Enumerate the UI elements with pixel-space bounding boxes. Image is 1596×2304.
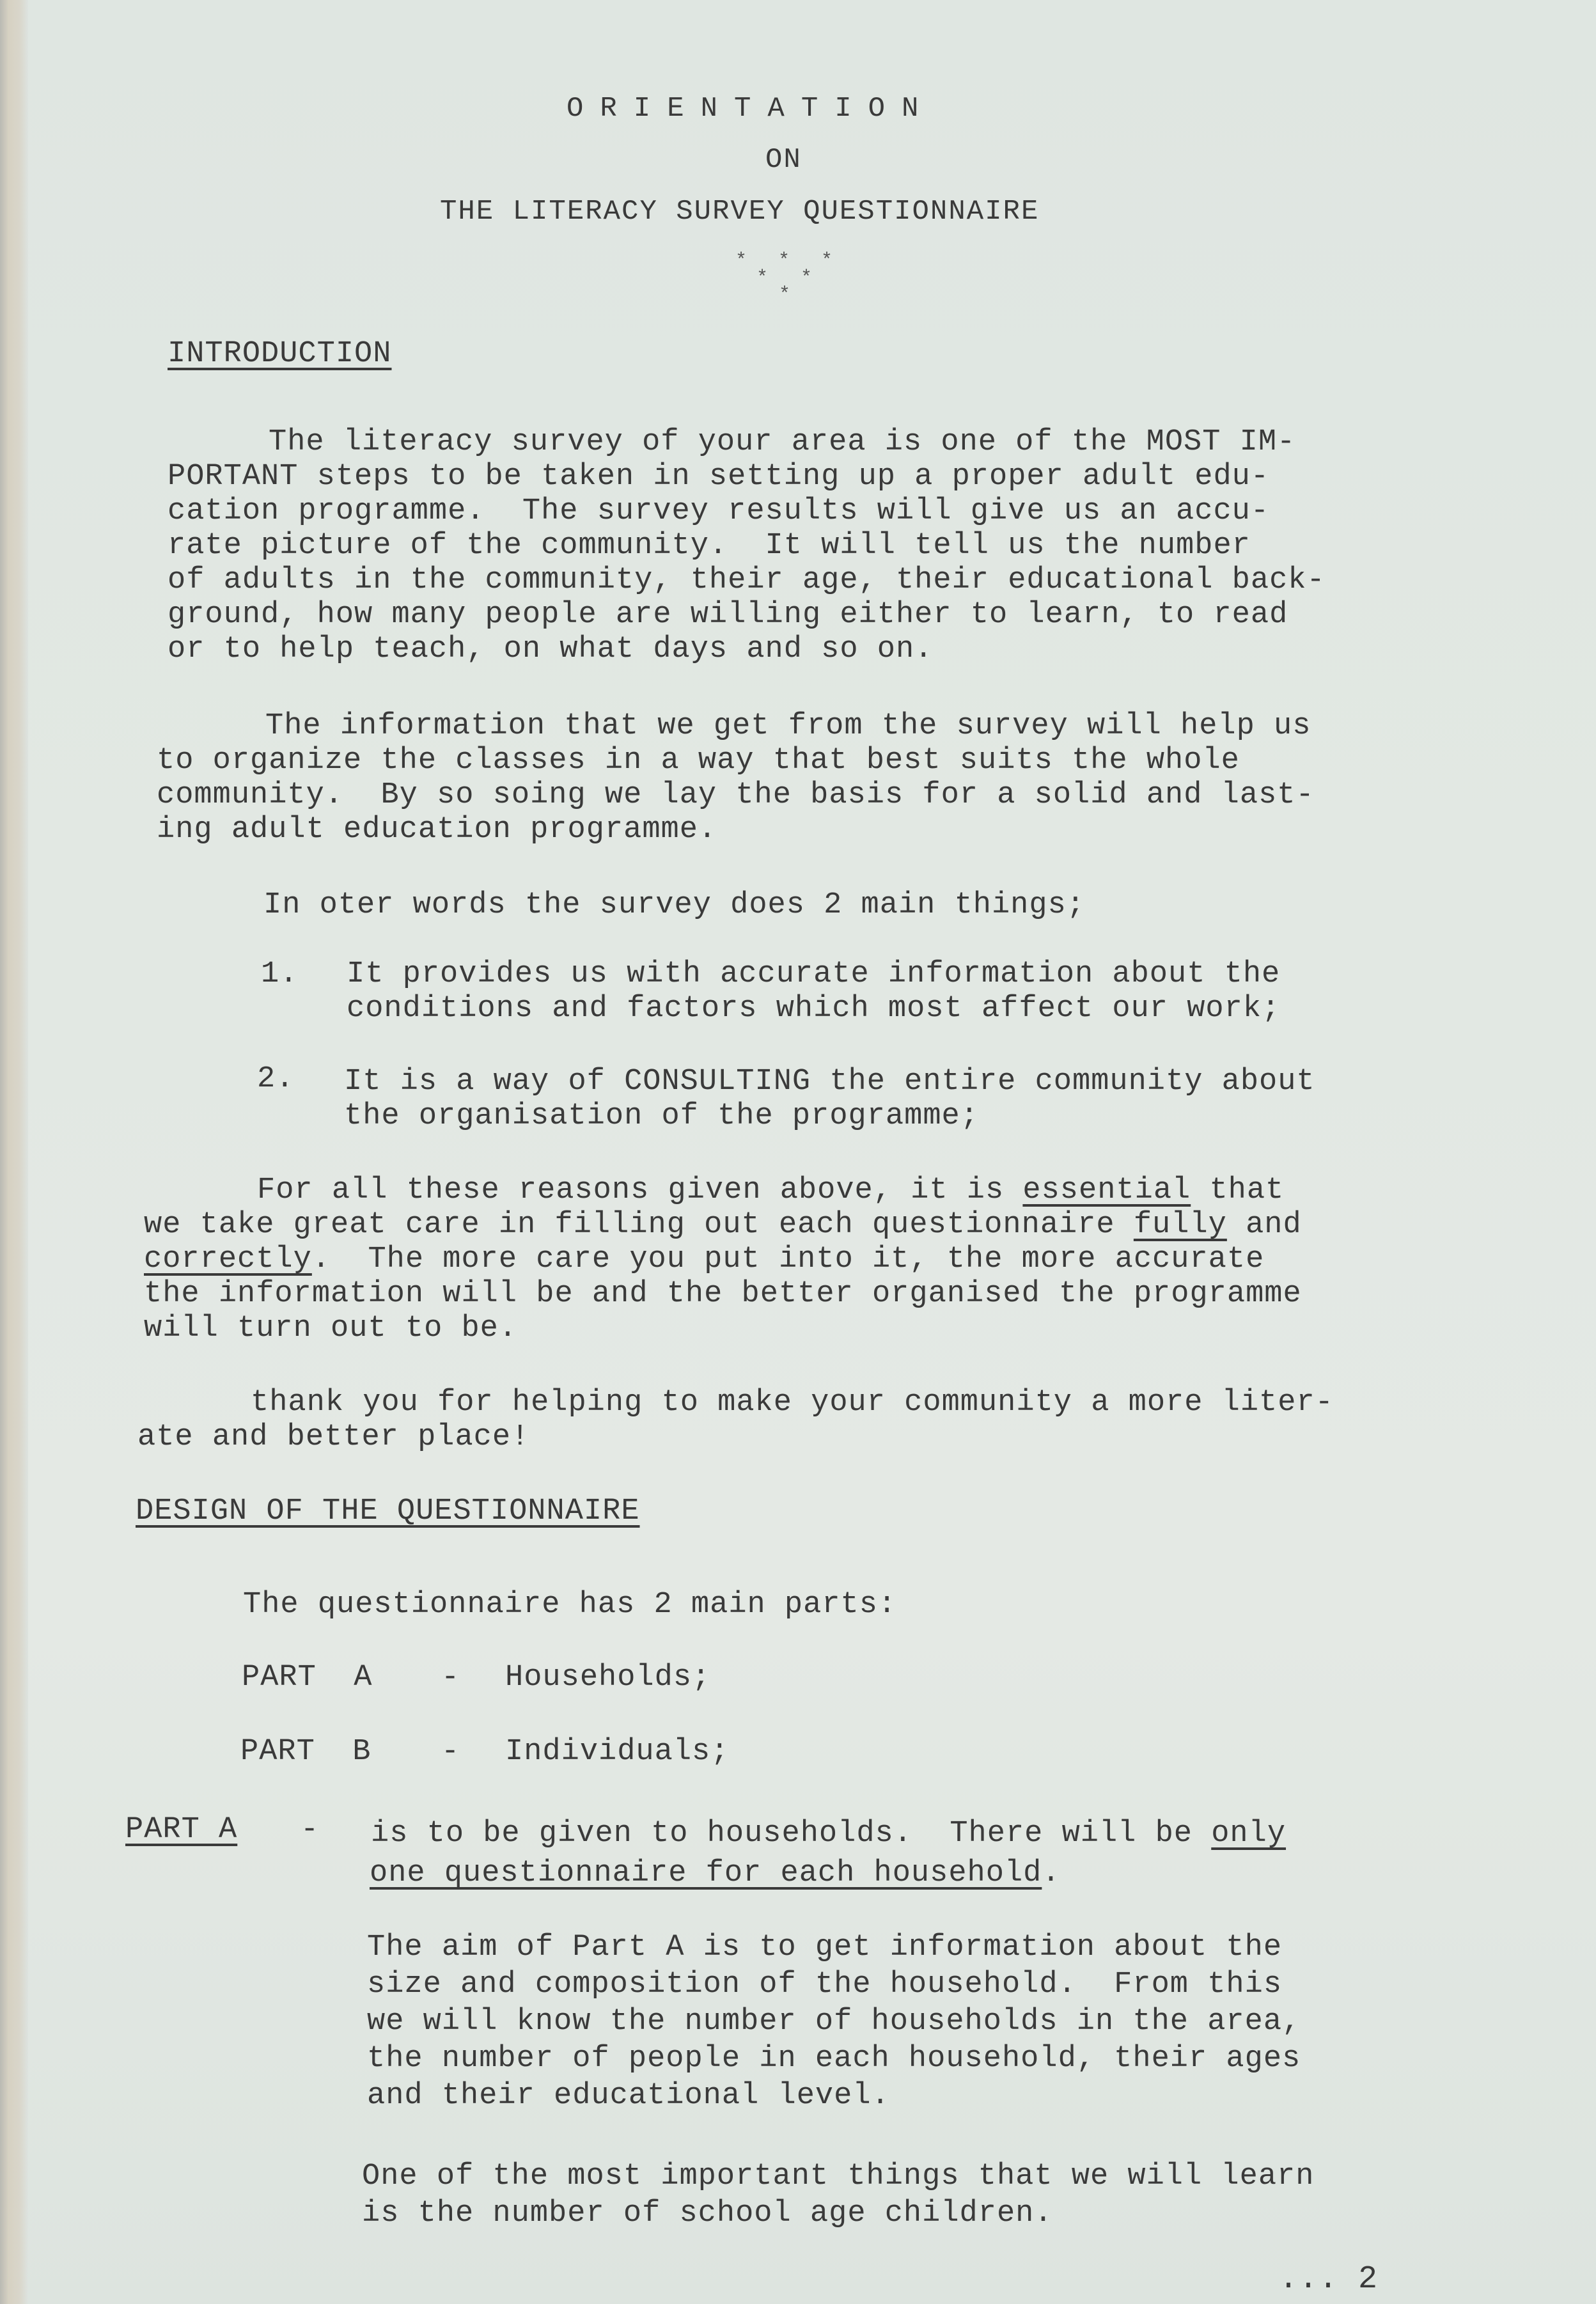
text-span: . The more care you put into it, the mor… bbox=[312, 1242, 1264, 1276]
page-continuation: ... 2 bbox=[1279, 2264, 1378, 2296]
text-line: ing adult education programme. bbox=[157, 815, 717, 845]
text-line: will turn out to be. bbox=[144, 1313, 517, 1344]
text-span: we take great care in filling out each q… bbox=[144, 1208, 1134, 1242]
text-line: The information that we get from the sur… bbox=[265, 711, 1311, 741]
list-number: 2. bbox=[257, 1064, 294, 1094]
text-line: ground, how many people are willing eith… bbox=[168, 600, 1288, 630]
emphasis-one-per-household: one questionnaire for each household bbox=[370, 1856, 1042, 1890]
text-line: is to be given to households. There will… bbox=[371, 1819, 1286, 1849]
text-line: size and composition of the household. F… bbox=[367, 1970, 1282, 2000]
emphasis-correctly: correctly bbox=[144, 1242, 312, 1276]
text-line: cation programme. The survey results wil… bbox=[168, 496, 1269, 526]
text-line: the number of people in each household, … bbox=[367, 2044, 1301, 2074]
text-line: ate and better place! bbox=[137, 1422, 529, 1452]
text-line: conditions and factors which most affect… bbox=[347, 994, 1280, 1024]
star-icon: * bbox=[821, 251, 833, 270]
star-icon: * bbox=[735, 251, 747, 270]
star-icon: * bbox=[756, 269, 768, 288]
text-line: The literacy survey of your area is one … bbox=[269, 427, 1295, 457]
text-line: correctly. The more care you put into it… bbox=[144, 1244, 1264, 1274]
text-line: the information will be and the better o… bbox=[144, 1279, 1302, 1309]
star-icon: * bbox=[779, 285, 790, 304]
text-line: one questionnaire for each household. bbox=[370, 1858, 1061, 1888]
text-span: For all these reasons given above, it is bbox=[257, 1173, 1022, 1207]
part-dash: - bbox=[441, 1663, 460, 1693]
intro-paragraph-3: In oter words the survey does 2 main thi… bbox=[263, 890, 1085, 920]
text-span: . bbox=[1042, 1856, 1060, 1890]
text-line: One of the most important things that we… bbox=[362, 2161, 1314, 2191]
part-dash: - bbox=[441, 1737, 460, 1767]
section-heading-design: DESIGN OF THE QUESTIONNAIRE bbox=[136, 1496, 640, 1526]
design-intro: The questionnaire has 2 main parts: bbox=[243, 1590, 896, 1620]
part-label: PART B bbox=[240, 1737, 371, 1767]
text-line: It is a way of CONSULTING the entire com… bbox=[344, 1067, 1315, 1097]
part-a-dash: - bbox=[301, 1815, 319, 1845]
list-number: 1. bbox=[261, 959, 298, 989]
text-line: It provides us with accurate information… bbox=[347, 959, 1280, 989]
text-line: community. By so soing we lay the basis … bbox=[157, 780, 1315, 810]
star-icon: * bbox=[801, 269, 812, 288]
text-line: of adults in the community, their age, t… bbox=[168, 565, 1326, 595]
text-line: rate picture of the community. It will t… bbox=[168, 531, 1251, 561]
text-line: we will know the number of households in… bbox=[367, 2007, 1301, 2037]
text-line: or to help teach, on what days and so on… bbox=[168, 634, 933, 664]
text-line: and their educational level. bbox=[367, 2081, 890, 2111]
text-span: that bbox=[1191, 1173, 1284, 1207]
text-line: For all these reasons given above, it is… bbox=[257, 1175, 1284, 1205]
text-line: is the number of school age children. bbox=[362, 2198, 1053, 2229]
emphasis-only: only bbox=[1211, 1817, 1286, 1851]
title-orientation: ORIENTATION bbox=[567, 95, 935, 123]
text-line: to organize the classes in a way that be… bbox=[157, 746, 1240, 776]
text-span: is to be given to households. There will… bbox=[371, 1817, 1211, 1851]
part-label: PART A bbox=[242, 1663, 372, 1693]
text-line: thank you for helping to make your commu… bbox=[251, 1388, 1334, 1418]
part-name: Households; bbox=[505, 1663, 710, 1693]
part-a-label: PART A bbox=[125, 1815, 237, 1845]
emphasis-essential: essential bbox=[1022, 1173, 1191, 1207]
title-main: THE LITERACY SURVEY QUESTIONNAIRE bbox=[440, 198, 1039, 226]
emphasis-fully: fully bbox=[1134, 1208, 1227, 1242]
star-icon: * bbox=[778, 251, 790, 270]
text-line: the organisation of the programme; bbox=[344, 1101, 979, 1131]
document-page: ORIENTATION ON THE LITERACY SURVEY QUEST… bbox=[0, 0, 1596, 2304]
text-line: The aim of Part A is to get information … bbox=[367, 1932, 1282, 1963]
part-name: Individuals; bbox=[505, 1737, 729, 1767]
text-line: PORTANT steps to be taken in setting up … bbox=[168, 462, 1269, 492]
title-on: ON bbox=[765, 146, 802, 174]
text-line: we take great care in filling out each q… bbox=[144, 1210, 1302, 1240]
text-span: and bbox=[1227, 1208, 1302, 1242]
section-heading-introduction: INTRODUCTION bbox=[168, 339, 391, 369]
